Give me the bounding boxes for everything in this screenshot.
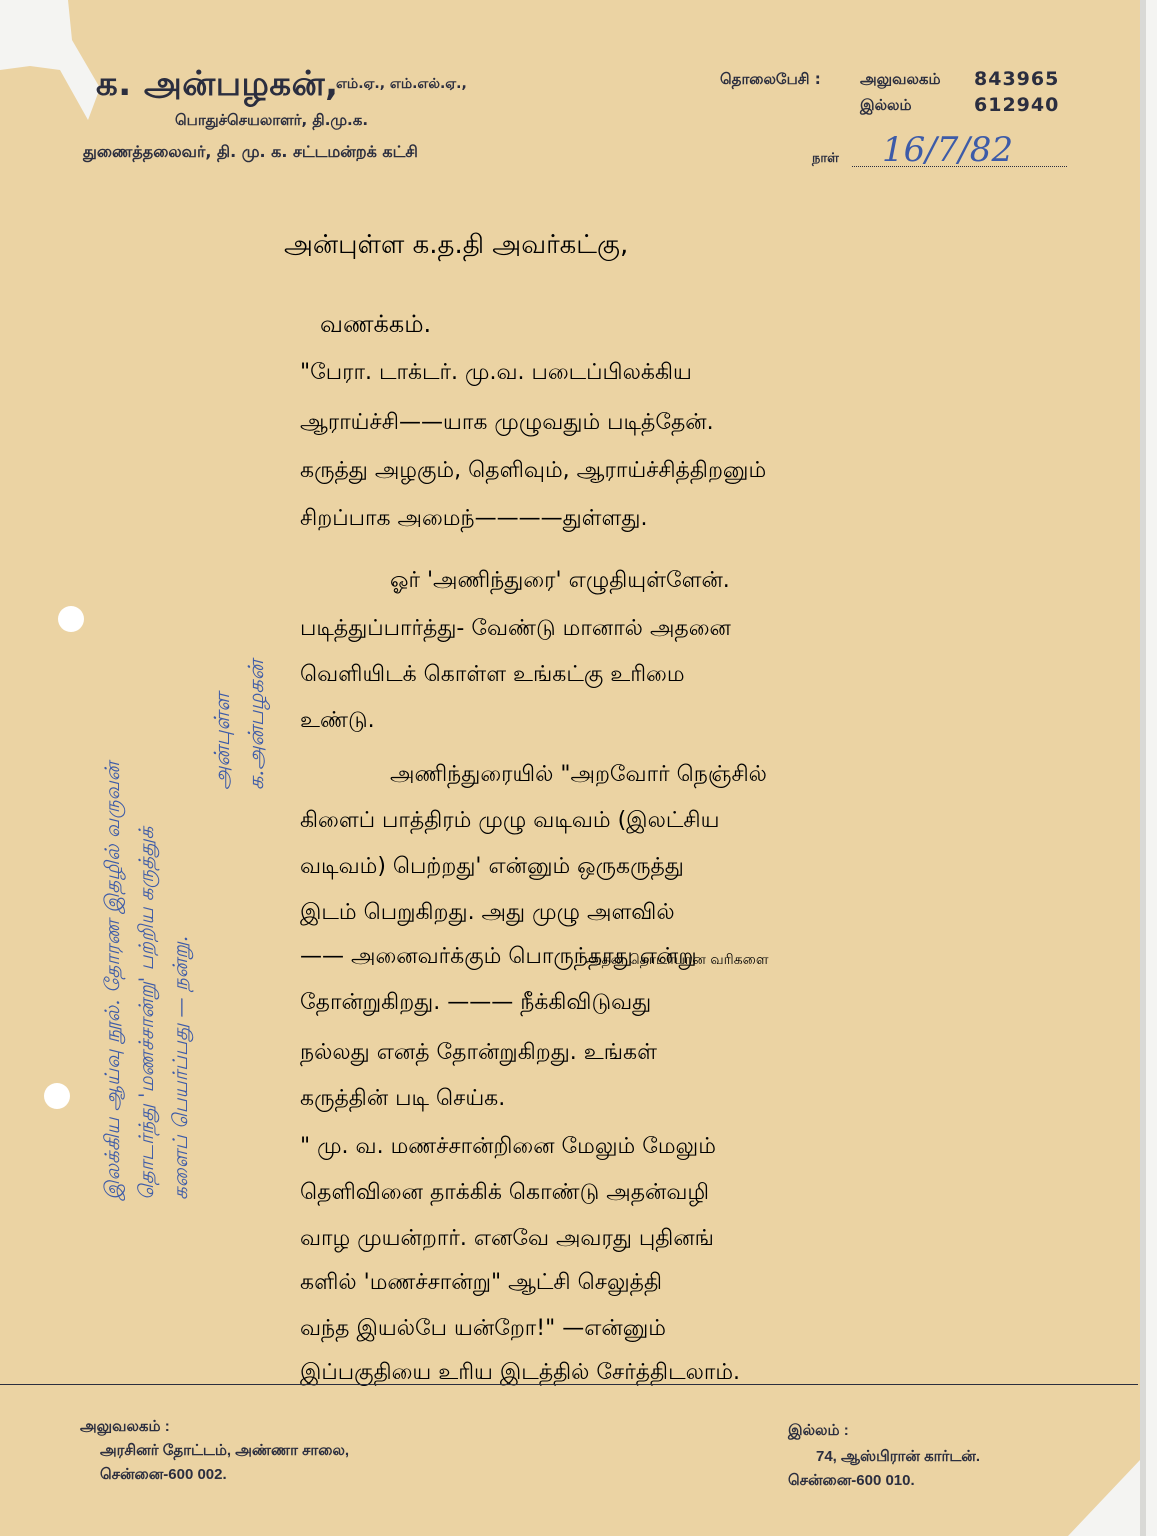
insertion-note: அதன் தொடர்பான வரிகளை (586, 952, 769, 970)
letterhead-name: க. அன்பழகன், (96, 64, 339, 108)
body-line: வந்த இயல்பே யன்றோ!" —என்னும் (300, 1316, 666, 1344)
letterhead-degrees: எம்.ஏ., எம்.எல்.ஏ., (336, 76, 467, 94)
footer-home-label: இல்லம் : (788, 1422, 849, 1441)
body-line: ஓர் 'அணிந்துரை' எழுதியுள்ளேன். (390, 568, 730, 596)
footer-office-label: அலுவலகம் : (80, 1418, 170, 1437)
body-line: இடம் பெறுகிறது. அது முழு அளவில் (300, 900, 675, 928)
body-line: "பேரா. டாக்டர். மு.வ. படைப்பிலக்கிய (300, 360, 692, 388)
home-phone-label: இல்லம் (860, 96, 912, 116)
footer-home-address-1: 74, ஆஸ்பிரான் கார்டன். (816, 1448, 980, 1467)
date-value: 16/7/82 (882, 130, 1013, 170)
punch-hole (58, 606, 84, 632)
body-line: அணிந்துரையில் "அறவோர் நெஞ்சில் (390, 762, 767, 790)
date-label: நாள் (812, 151, 839, 167)
body-line: கருத்தின் படி செய்க. (300, 1086, 505, 1114)
margin-note-line: களைப் பெயர்ப்பது — நன்று. (168, 762, 202, 1200)
margin-note: இலக்கிய ஆய்வு நூல். தோரண இதழில் வருவன் த… (100, 762, 202, 1200)
footer-home-address-2: சென்னை-600 010. (788, 1472, 915, 1491)
body-line: வாழ முயன்றார். எனவே அவரது புதினங் (300, 1226, 714, 1254)
footer-office-address-2: சென்னை-600 002. (100, 1466, 227, 1485)
signature-closing: அன்புள்ள (210, 660, 244, 790)
salutation: அன்புள்ள க.த.தி அவர்கட்கு, (284, 230, 628, 263)
body-line: உண்டு. (300, 708, 375, 736)
body-line: தெளிவினை தாக்கிக் கொண்டு அதன்வழி (300, 1180, 709, 1208)
body-line: வெளியிடக் கொள்ள உங்கட்கு உரிமை (300, 662, 685, 690)
phone-label: தொலைபேசி : (720, 70, 821, 90)
punch-hole (44, 1083, 70, 1109)
greeting: வணக்கம். (320, 310, 431, 341)
body-line: கருத்து அழகும், தெளிவும், ஆராய்ச்சித்திற… (300, 458, 766, 486)
body-line: " மு. வ. மணச்சான்றினை மேலும் மேலும் (300, 1134, 716, 1162)
home-phone-number: 612940 (974, 94, 1059, 116)
body-line: தோன்றுகிறது. ——— நீக்கிவிடுவது (300, 990, 651, 1018)
body-line: சிறப்பாக அமைந்————துள்ளது. (300, 506, 647, 534)
body-line: ஆராய்ச்சி——யாக முழுவதும் படித்தேன். (300, 410, 714, 438)
signature: அன்புள்ள க.அன்பழகன் (210, 660, 278, 790)
body-line: நல்லது எனத் தோன்றுகிறது. உங்கள் (300, 1040, 657, 1068)
footer-office-address-1: அரசினர் தோட்டம், அண்ணா சாலை, (100, 1442, 349, 1461)
margin-note-line: தொடர்ந்து 'மணச்சான்று' பற்றிய கருத்துக் (134, 762, 168, 1200)
margin-note-line: இலக்கிய ஆய்வு நூல். தோரண இதழில் வருவன் (100, 762, 134, 1200)
body-line: களில் 'மணச்சான்று" ஆட்சி செலுத்தி (300, 1270, 662, 1298)
office-phone-label: அலுவலகம் (860, 70, 941, 90)
body-line: வடிவம்) பெற்றது' என்னும் ஒருகருத்து (300, 854, 684, 882)
letterhead-role-1: பொதுச்செயலாளர், தி.மு.க. (175, 111, 368, 131)
body-line: படித்துப்பார்த்து- வேண்டு மானால் அதனை (300, 616, 731, 644)
body-line: கிளைப் பாத்திரம் முழு வடிவம் (இலட்சிய (300, 808, 719, 836)
office-phone-number: 843965 (974, 68, 1059, 90)
scan-edge (1140, 0, 1146, 1536)
letterhead-role-2: துணைத்தலைவர், தி. மு. க. சட்டமன்றக் கட்ச… (83, 142, 418, 163)
footer-divider (0, 1384, 1138, 1385)
signature-name: க.அன்பழகன் (244, 660, 278, 790)
